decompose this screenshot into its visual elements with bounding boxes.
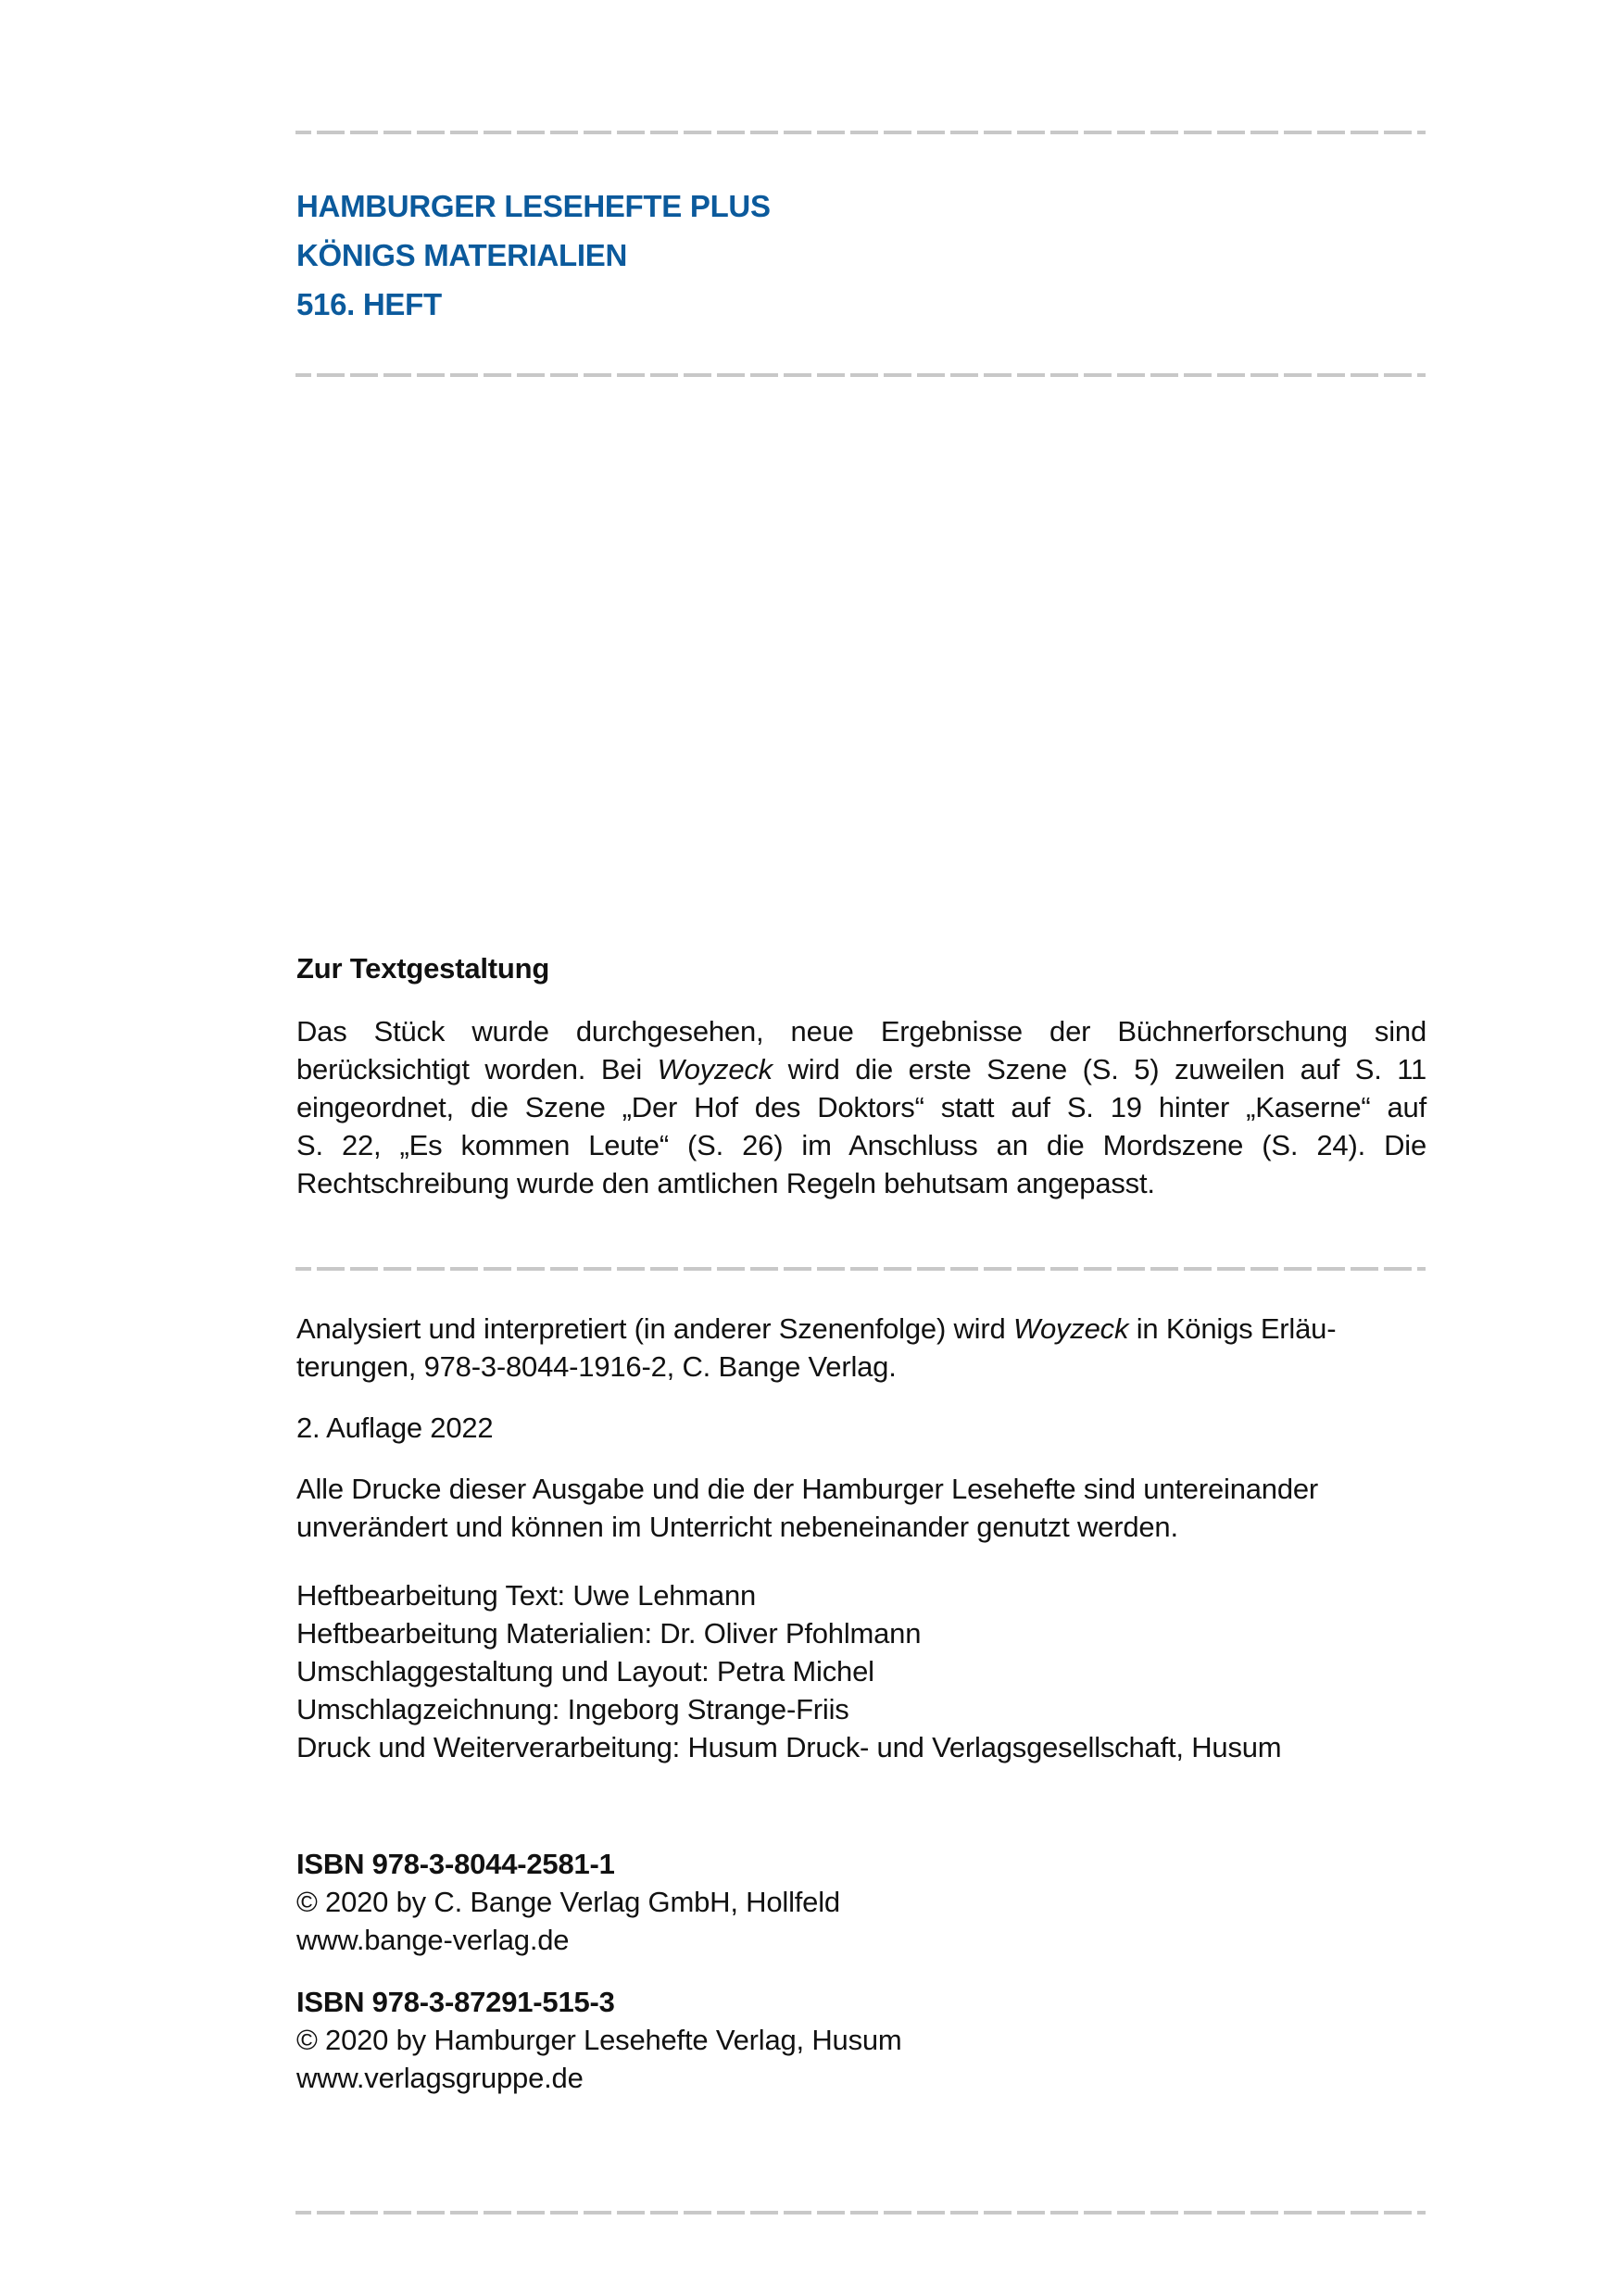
note-line: Alle Drucke dieser Ausgabe und die der H… bbox=[296, 1470, 1426, 1508]
reference-line: Analysiert und interpretiert (in anderer… bbox=[296, 1310, 1426, 1348]
reference-line: terungen, 978-3-8044-1916-2, C. Bange Ve… bbox=[296, 1348, 1426, 1386]
website-link[interactable]: www.bange-verlag.de bbox=[296, 1921, 1426, 1959]
series-subtitle: KÖNIGS MATERIALIEN bbox=[296, 231, 771, 280]
dashed-divider-title bbox=[295, 373, 1426, 377]
text-design-section: Zur Textgestaltung Das Stück wurde durch… bbox=[296, 949, 1426, 1202]
website-link[interactable]: www.verlagsgruppe.de bbox=[296, 2059, 1426, 2097]
text-fragment: Analysiert und interpretiert (in anderer… bbox=[296, 1312, 1013, 1345]
note-line: unverändert und können im Unterricht neb… bbox=[296, 1508, 1426, 1546]
analysis-reference: Analysiert und interpretiert (in anderer… bbox=[296, 1310, 1426, 1386]
issue-number: 516. HEFT bbox=[296, 280, 771, 329]
text-fragment: berücksichtigt worden. Bei bbox=[296, 1053, 658, 1085]
credit-cover-layout: Umschlaggestaltung und Layout: Petra Mic… bbox=[296, 1652, 1426, 1690]
paragraph-line: eingeordnet, die Szene „Der Hof des Dokt… bbox=[296, 1088, 1426, 1126]
credits-list: Heftbearbeitung Text: Uwe Lehmann Heftbe… bbox=[296, 1576, 1426, 1766]
paragraph-line: Rechtschreibung wurde den amtlichen Rege… bbox=[296, 1164, 1426, 1202]
paragraph-line: S. 22, „Es kommen Leute“ (S. 26) im Ansc… bbox=[296, 1126, 1426, 1164]
work-title: Woyzeck bbox=[658, 1053, 773, 1085]
text-fragment: wird die erste Szene (S. 5) zuweilen auf… bbox=[773, 1053, 1426, 1085]
credit-cover-illustration: Umschlagzeichnung: Ingeborg Strange-Frii… bbox=[296, 1690, 1426, 1728]
isbn: ISBN 978-3-8044-2581-1 bbox=[296, 1845, 1426, 1883]
compatibility-note: Alle Drucke dieser Ausgabe und die der H… bbox=[296, 1470, 1426, 1546]
credit-text-editor: Heftbearbeitung Text: Uwe Lehmann bbox=[296, 1576, 1426, 1614]
credit-printing: Druck und Weiterverarbeitung: Husum Druc… bbox=[296, 1728, 1426, 1766]
credit-materials-editor: Heftbearbeitung Materialien: Dr. Oliver … bbox=[296, 1614, 1426, 1652]
work-title: Woyzeck bbox=[1013, 1312, 1128, 1345]
section-heading: Zur Textgestaltung bbox=[296, 949, 1426, 987]
publisher-hamburger-lesehefte: ISBN 978-3-87291-515-3 © 2020 by Hamburg… bbox=[296, 1983, 1426, 2097]
text-fragment: in Königs Erläu- bbox=[1128, 1312, 1336, 1345]
isbn: ISBN 978-3-87291-515-3 bbox=[296, 1983, 1426, 2021]
edition-note: 2. Auflage 2022 bbox=[296, 1409, 1426, 1447]
paragraph-line: berücksichtigt worden. Bei Woyzeck wird … bbox=[296, 1050, 1426, 1088]
text-design-paragraph: Das Stück wurde durchgesehen, neue Ergeb… bbox=[296, 1012, 1426, 1202]
series-title: HAMBURGER LESEHEFTE PLUS KÖNIGS MATERIAL… bbox=[296, 182, 771, 329]
dashed-divider-bottom bbox=[295, 2211, 1426, 2214]
paragraph-line: Das Stück wurde durchgesehen, neue Ergeb… bbox=[296, 1012, 1426, 1050]
dashed-divider-middle bbox=[295, 1267, 1426, 1271]
copyright: © 2020 by C. Bange Verlag GmbH, Hollfeld bbox=[296, 1883, 1426, 1921]
series-name: HAMBURGER LESEHEFTE PLUS bbox=[296, 182, 771, 231]
publisher-bange: ISBN 978-3-8044-2581-1 © 2020 by C. Bang… bbox=[296, 1845, 1426, 1959]
dashed-divider-top bbox=[295, 131, 1426, 134]
copyright: © 2020 by Hamburger Lesehefte Verlag, Hu… bbox=[296, 2021, 1426, 2059]
